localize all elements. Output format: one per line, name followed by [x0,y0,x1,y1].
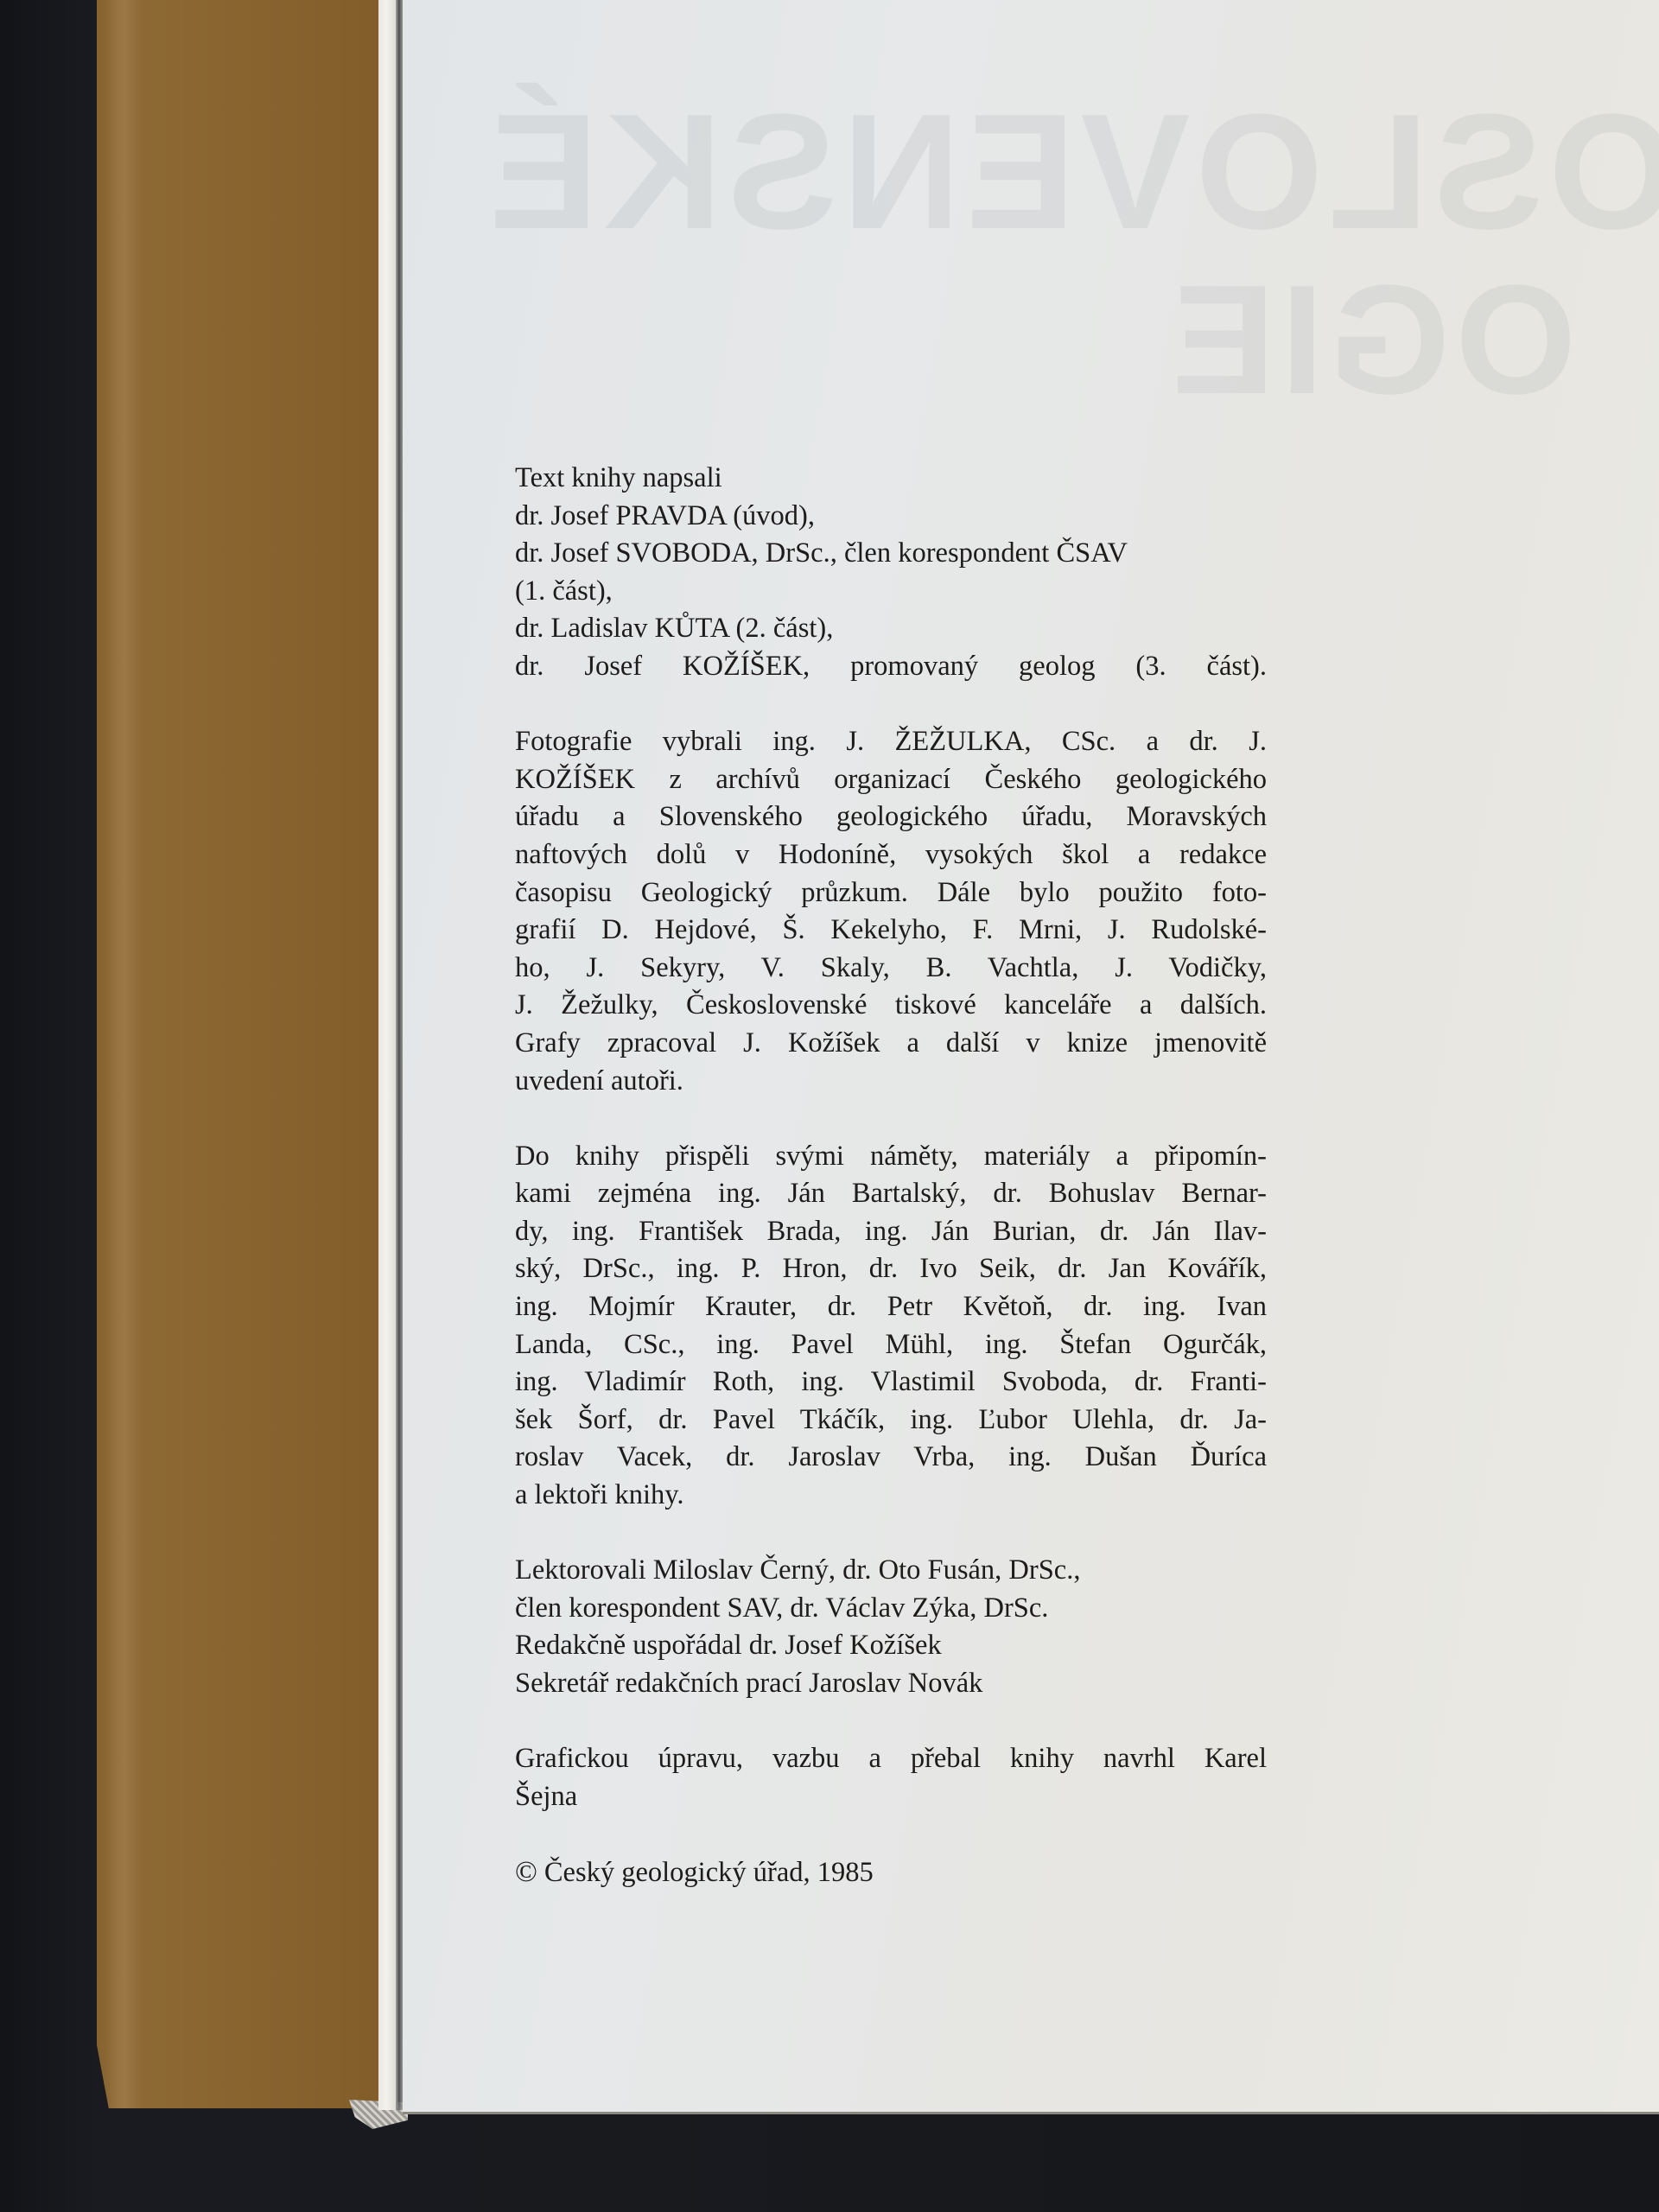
text-line: KOŽÍŠEK z archívů organizací Českého geo… [515,761,1267,799]
text-line: šek Šorf, dr. Pavel Tkáčík, ing. Ľubor U… [515,1402,1267,1440]
text-line: a lektoři knihy. [515,1477,1267,1515]
text-line: grafií D. Hejdové, Š. Kekelyho, F. Mrni,… [515,912,1267,950]
contributors-section: Do knihy přispěli svými náměty, materiál… [515,1138,1267,1515]
text-line: ing. Vladimír Roth, ing. Vlastimil Svobo… [515,1363,1267,1402]
design-section: Grafickou úpravu, vazbu a přebal knihy n… [515,1740,1267,1815]
text-line: dr. Josef KOŽÍŠEK, promovaný geolog (3. … [515,648,1267,686]
colophon-text: Text knihy napsalidr. Josef PRAVDA (úvod… [515,460,1267,1929]
text-line: (1. část), [515,573,1267,611]
copyright-text: Český geologický úřad, 1985 [544,1857,874,1888]
text-line: Redakčně uspořádal dr. Josef Kožíšek [515,1627,1267,1665]
copyright-section: ©Český geologický úřad, 1985 [515,1853,1267,1892]
text-line: Šejna [515,1778,1267,1816]
text-line: Grafickou úpravu, vazbu a přebal knihy n… [515,1740,1267,1778]
text-line: člen korespondent SAV, dr. Václav Zýka, … [515,1590,1267,1628]
text-line: naftových dolů v Hodoníně, vysokých škol… [515,836,1267,874]
copyright-icon: © [515,1853,537,1891]
book-cover-binding [97,0,395,2108]
text-line: časopisu Geologický průzkum. Dále bylo p… [515,874,1267,912]
flyleaf-edge [378,0,397,2110]
text-line: Landa, CSc., ing. Pavel Mühl, ing. Štefa… [515,1326,1267,1364]
text-line: Sekretář redakčních prací Jaroslav Novák [515,1665,1267,1703]
authors-section: Text knihy napsalidr. Josef PRAVDA (úvod… [515,460,1267,686]
photographs-section: Fotografie vybrali ing. J. ŽEŽULKA, CSc.… [515,723,1267,1100]
text-line: dr. Josef SVOBODA, DrSc., člen korespond… [515,535,1267,573]
text-line: kami zejména ing. Ján Bartalský, dr. Boh… [515,1175,1267,1213]
gutter-line [396,0,403,2110]
text-line: uvedení autoři. [515,1063,1267,1101]
text-line: dr. Ladislav KŮTA (2. část), [515,610,1267,648]
cover-sheen [107,0,142,2108]
text-line: J. Žežulky, Československé tiskové kance… [515,987,1267,1025]
text-line: Fotografie vybrali ing. J. ŽEŽULKA, CSc.… [515,723,1267,761]
text-line: úřadu a Slovenského geologického úřadu, … [515,798,1267,836]
text-line: ský, DrSc., ing. P. Hron, dr. Ivo Seik, … [515,1250,1267,1288]
text-line: ing. Mojmír Krauter, dr. Petr Květoň, dr… [515,1288,1267,1326]
text-line: roslav Vacek, dr. Jaroslav Vrba, ing. Du… [515,1439,1267,1477]
reviewers-section: Lektorovali Miloslav Černý, dr. Oto Fusá… [515,1552,1267,1702]
text-line: dr. Josef PRAVDA (úvod), [515,498,1267,536]
text-line: Do knihy přispěli svými náměty, materiál… [515,1138,1267,1176]
text-line: Lektorovali Miloslav Černý, dr. Oto Fusá… [515,1552,1267,1590]
text-line: dy, ing. František Brada, ing. Ján Buria… [515,1213,1267,1251]
text-line: Text knihy napsali [515,460,1267,498]
text-line: ho, J. Sekyry, V. Skaly, B. Vachtla, J. … [515,950,1267,988]
text-line: Grafy zpracoval J. Kožíšek a další v kni… [515,1025,1267,1063]
